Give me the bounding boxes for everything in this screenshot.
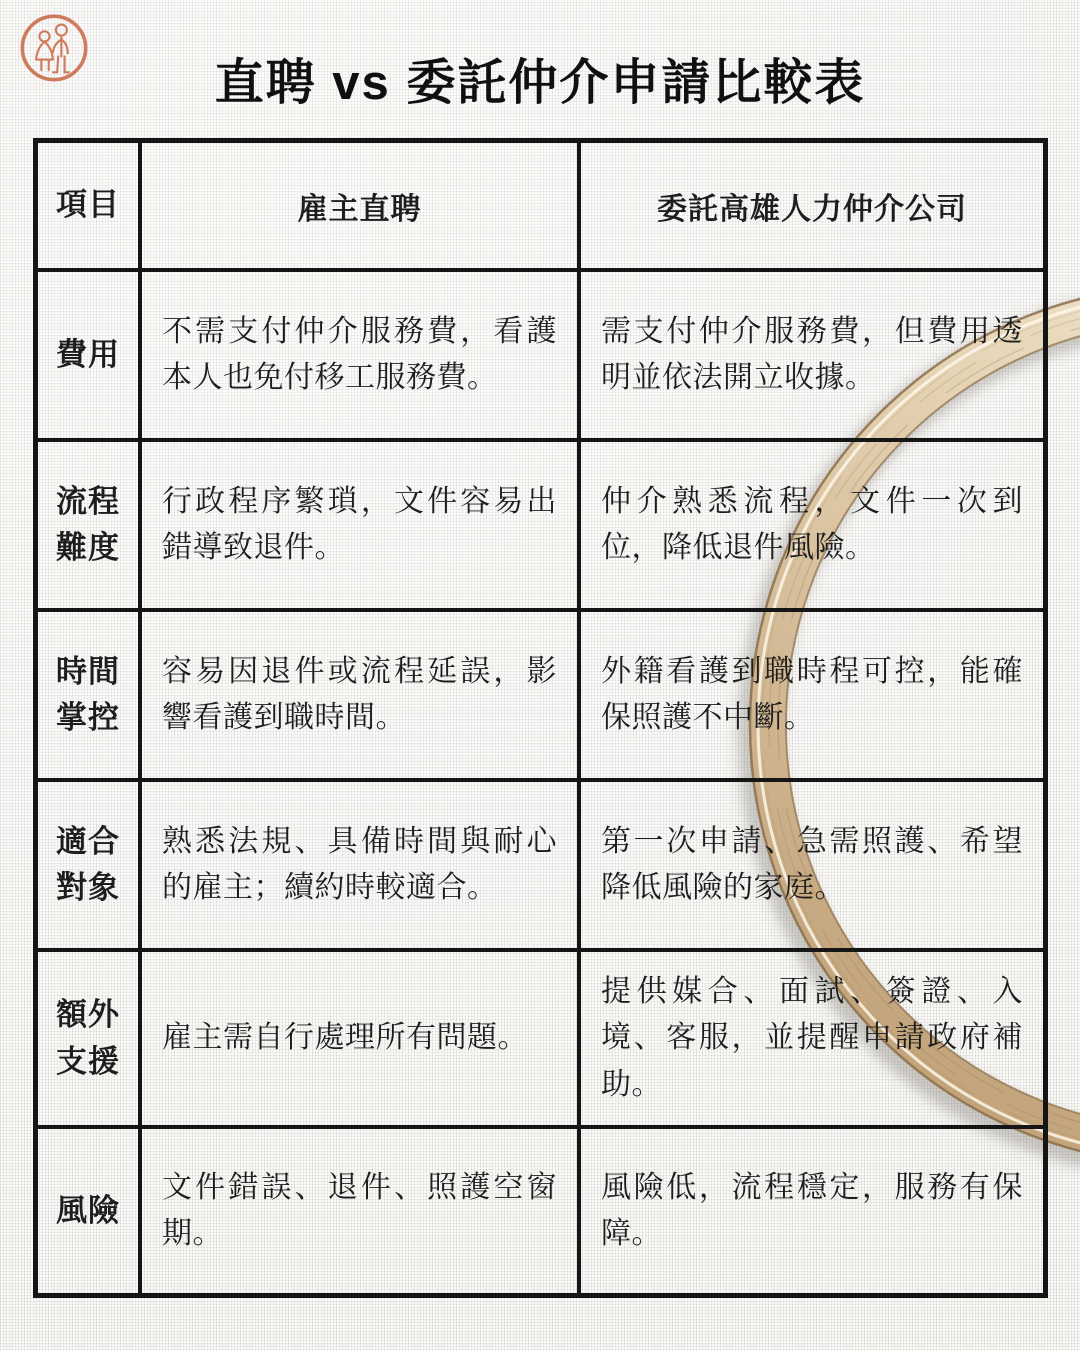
cell-agency-suitable: 第一次申請、急需照護、希望降低風險的家庭。 xyxy=(581,782,1043,952)
cell-direct-cost: 不需支付仲介服務費，看護本人也免付移工服務費。 xyxy=(142,272,581,442)
cell-direct-time: 容易因退件或流程延誤，影響看護到職時間。 xyxy=(142,612,581,782)
cell-agency-cost: 需支付仲介服務費，但費用透明並依法開立收據。 xyxy=(581,272,1043,442)
page-background: 直聘 vs 委託仲介申請比較表 項目 雇主直聘 委託高雄人力仲介公司 費用 不需… xyxy=(0,0,1080,1350)
row-label-extra-support: 額外 支援 xyxy=(38,952,142,1129)
row-label-cost: 費用 xyxy=(38,272,142,442)
row-label-suitable-for: 適合 對象 xyxy=(38,782,142,952)
cell-direct-suitable: 熟悉法規、具備時間與耐心的雇主；續約時較適合。 xyxy=(142,782,581,952)
cell-agency-risk: 風險低，流程穩定，服務有保障。 xyxy=(581,1129,1043,1293)
cell-agency-process: 仲介熟悉流程，文件一次到位，降低退件風險。 xyxy=(581,442,1043,612)
cell-direct-support: 雇主需自行處理所有問題。 xyxy=(142,952,581,1129)
table-header-agency: 委託高雄人力仲介公司 xyxy=(581,143,1043,272)
page-title: 直聘 vs 委託仲介申請比較表 xyxy=(0,44,1080,114)
row-label-risk: 風險 xyxy=(38,1129,142,1293)
row-label-time-control: 時間 掌控 xyxy=(38,612,142,782)
comparison-table: 項目 雇主直聘 委託高雄人力仲介公司 費用 不需支付仲介服務費，看護本人也免付移… xyxy=(33,138,1048,1298)
cell-agency-support: 提供媒合、面試、簽證、入境、客服，並提醒申請政府補助。 xyxy=(581,952,1043,1129)
cell-direct-process: 行政程序繁瑣，文件容易出錯導致退件。 xyxy=(142,442,581,612)
table-header-direct-hire: 雇主直聘 xyxy=(142,143,581,272)
table-header-item: 項目 xyxy=(38,143,142,272)
row-label-process-difficulty: 流程 難度 xyxy=(38,442,142,612)
cell-direct-risk: 文件錯誤、退件、照護空窗期。 xyxy=(142,1129,581,1293)
cell-agency-time: 外籍看護到職時程可控，能確保照護不中斷。 xyxy=(581,612,1043,782)
